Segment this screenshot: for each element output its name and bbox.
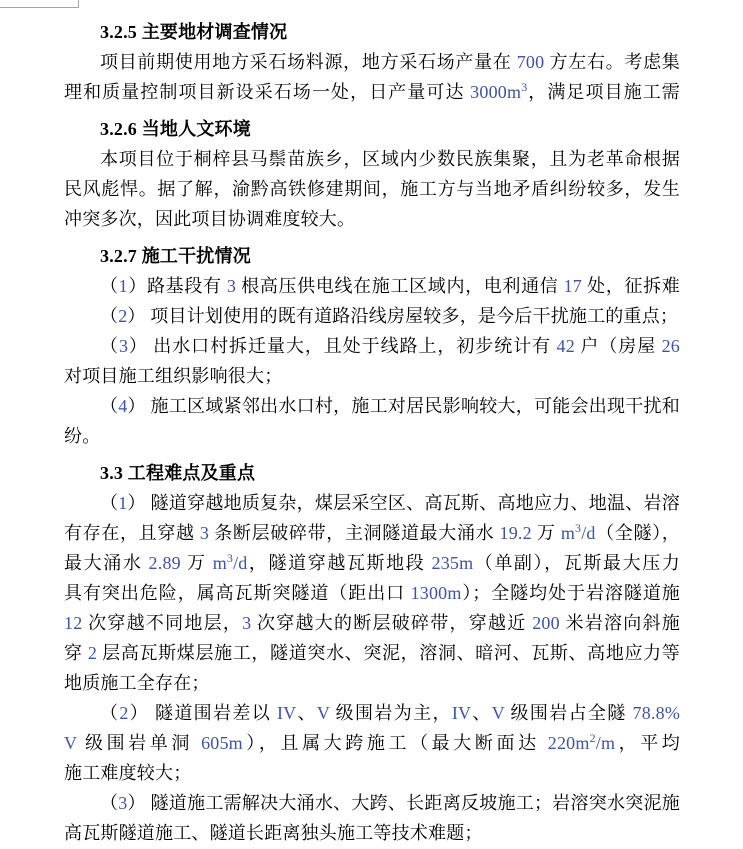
- latin-text-run: V: [317, 703, 330, 723]
- text-line: 本项目位于桐梓县马鬃苗族乡，区域内少数民族集聚，且为老革命根据地，: [64, 144, 680, 174]
- latin-text-run: 42: [557, 336, 575, 356]
- text-run: 级围岩占全隧: [505, 703, 633, 723]
- latin-text-run: 3.2.5: [100, 22, 137, 42]
- latin-text-run: 2: [119, 703, 128, 723]
- text-run: 地质施工全存在；: [64, 673, 210, 693]
- text-line: 有存在，且穿越 3 条断层破碎带，主洞隧道最大涌水 19.2 万 m3/d（全隧…: [64, 518, 680, 548]
- latin-text-run: 3: [242, 613, 251, 633]
- text-line: 项目前期使用地方采石场料源，地方采石场产量在 700 方左右。考虑集中管: [64, 47, 680, 77]
- latin-text-run: 3: [200, 523, 209, 543]
- text-line: （1）路基段有 3 根高压供电线在施工区域内，电利通信 17 处，征拆难度大；: [64, 271, 680, 301]
- clipped-table-corner-artifact: [0, 0, 79, 8]
- text-run: 穿: [64, 643, 88, 663]
- latin-text-run: 3000m: [470, 82, 521, 102]
- text-line: （2） 隧道围岩差以 IV、V 级围岩为主，IV、V 级围岩占全隧 78.8%（…: [64, 698, 680, 728]
- document-content: 3.2.5 主要地材调查情况项目前期使用地方采石场料源，地方采石场产量在 700…: [64, 10, 680, 848]
- text-line: 理和质量控制项目新设采石场一处，日产量可达 3000m3，满足项目施工需要。: [64, 77, 680, 107]
- document-page: 3.2.5 主要地材调查情况项目前期使用地方采石场料源，地方采石场产量在 700…: [0, 0, 743, 849]
- text-line: 对项目施工组织影响很大；: [64, 361, 680, 391]
- text-run: 施工干扰情况: [137, 246, 251, 266]
- latin-text-run: IV: [452, 703, 471, 723]
- text-run: （: [100, 306, 118, 326]
- text-line: （3） 出水口村拆迁量大，且处于线路上，初步统计有 42 户（房屋 26 栋），: [64, 331, 680, 361]
- text-run: （: [100, 396, 118, 416]
- latin-text-run: 3.3: [100, 463, 123, 483]
- text-line: 穿 2 层高瓦斯煤层施工，隧道突水、突泥，溶洞、暗河、瓦斯、高地应力等特殊: [64, 638, 680, 668]
- latin-text-run: 2.89: [149, 553, 181, 573]
- text-line: （3） 隧道施工需解决大涌水、大跨、长距离反坡施工；岩溶突水突泥施工、: [64, 788, 680, 818]
- text-run: （: [100, 336, 119, 356]
- latin-text-run: V: [64, 733, 77, 753]
- text-run: 冲突多次，因此项目协调难度较大。: [64, 209, 355, 229]
- text-run: ） 施工区域紧邻出水口村，施工对居民影响较大，可能会出现干扰和纠: [64, 396, 680, 421]
- text-run: 次穿越不同地层，: [82, 613, 242, 633]
- text-line: （4） 施工区域紧邻出水口村，施工对居民影响较大，可能会出现干扰和纠: [64, 391, 680, 421]
- latin-text-run: /d: [233, 553, 247, 573]
- text-run: 具有突出危险，属高瓦斯突隧道（距出口: [64, 583, 411, 603]
- text-line: 高瓦斯隧道施工、隧道长距离独头施工等技术难题；: [64, 818, 680, 848]
- text-run: 当地人文环境: [137, 119, 251, 139]
- latin-text-run: 220m: [548, 733, 590, 753]
- text-run: ）路基段有: [128, 276, 227, 296]
- latin-text-run: IV: [277, 703, 296, 723]
- text-line: （1） 隧道穿越地质复杂，煤层采空区、高瓦斯、高地应力、地温、岩溶均: [64, 488, 680, 518]
- text-run: （: [100, 703, 119, 723]
- text-run: 民风彪悍。据了解，渝黔高铁修建期间，施工方与当地矛盾纠纷较多，发生较大: [64, 179, 680, 204]
- section-heading: 3.3 工程难点及重点: [64, 458, 680, 488]
- text-run: 级围岩单洞: [77, 733, 201, 753]
- latin-text-run: 3: [227, 276, 236, 296]
- latin-text-run: 12: [64, 613, 82, 633]
- text-run: 、: [471, 703, 492, 723]
- text-run: 理和质量控制项目新设采石场一处，日产量可达: [64, 82, 470, 102]
- text-run: 施工难度较大；: [64, 763, 191, 783]
- text-line: 民风彪悍。据了解，渝黔高铁修建期间，施工方与当地矛盾纠纷较多，发生较大: [64, 174, 680, 204]
- latin-text-run: 3.2.6: [100, 119, 137, 139]
- latin-text-run: 3: [119, 336, 128, 356]
- text-run: 本项目位于桐梓县马鬃苗族乡，区域内少数民族集聚，且为老革命根据地，: [64, 149, 680, 174]
- latin-text-run: 235m: [432, 553, 474, 573]
- text-run: 、: [296, 703, 317, 723]
- text-run: 户（房屋: [575, 336, 662, 356]
- latin-text-run: /m: [596, 733, 615, 753]
- text-run: ） 隧道施工需解决大涌水、大跨、长距离反坡施工；岩溶突水突泥施工、: [64, 793, 680, 818]
- text-run: ） 隧道穿越地质复杂，煤层采空区、高瓦斯、高地应力、地温、岩溶均: [64, 493, 680, 518]
- text-run: 最大涌水: [64, 553, 149, 573]
- section-heading: 3.2.6 当地人文环境: [64, 114, 680, 144]
- latin-text-run: 605m: [201, 733, 243, 753]
- text-line: V 级围岩单洞 605m），且属大跨施工（最大断面达 220m2/m，平均 16…: [64, 728, 680, 758]
- latin-text-run: 200: [532, 613, 560, 633]
- text-run: 对项目施工组织影响很大；: [64, 366, 282, 386]
- text-run: 项目前期使用地方采石场料源，地方采石场产量在: [100, 52, 517, 72]
- text-line: 最大涌水 2.89 万 m3/d，隧道穿越瓦斯地段 235m（单副），瓦斯最大压…: [64, 548, 680, 578]
- text-run: （: [100, 793, 118, 813]
- text-run: ，隧道穿越瓦斯地段: [248, 553, 432, 573]
- text-line: 地质施工全存在；: [64, 668, 680, 698]
- text-run: ），且属大跨施工（最大断面达: [243, 733, 548, 753]
- text-line: 施工难度较大；: [64, 758, 680, 788]
- text-run: ） 项目计划使用的既有道路沿线房屋较多，是今后干扰施工的重点；: [127, 306, 678, 326]
- latin-text-run: 3.2.7: [100, 246, 137, 266]
- text-run: 条断层破碎带，主洞隧道最大涌水: [209, 523, 499, 543]
- text-run: 次穿越大的断层破碎带，穿越近: [251, 613, 532, 633]
- text-run: 主要地材调查情况: [137, 22, 287, 42]
- latin-text-run: 700: [517, 52, 545, 72]
- text-line: 具有突出危险，属高瓦斯突隧道（距出口 1300m）；全隧均处于岩溶隧道施工，: [64, 578, 680, 608]
- latin-text-run: 19.2: [500, 523, 532, 543]
- text-run: 万: [181, 553, 213, 573]
- latin-text-run: V: [492, 703, 505, 723]
- latin-text-run: 1: [119, 276, 128, 296]
- text-run: ） 隧道围岩差以: [129, 703, 277, 723]
- latin-text-run: m: [213, 553, 227, 573]
- text-run: ） 出水口村拆迁量大，且处于线路上，初步统计有: [128, 336, 556, 356]
- latin-text-run: 78.8%: [633, 703, 680, 723]
- text-run: 级围岩为主，: [330, 703, 452, 723]
- text-line: （2） 项目计划使用的既有道路沿线房屋较多，是今后干扰施工的重点；: [64, 301, 680, 331]
- latin-text-run: 26: [662, 336, 680, 356]
- text-line: 纷。: [64, 421, 680, 451]
- text-run: （: [100, 276, 119, 296]
- text-run: ，平均: [615, 733, 680, 753]
- latin-text-run: 2: [88, 643, 97, 663]
- latin-text-run: /d: [581, 523, 595, 543]
- text-run: 高瓦斯隧道施工、隧道长距离独头施工等技术难题；: [64, 823, 483, 843]
- text-run: 工程难点及重点: [123, 463, 255, 483]
- latin-text-run: m: [561, 523, 575, 543]
- text-run: 有存在，且穿越: [64, 523, 200, 543]
- section-heading: 3.2.5 主要地材调查情况: [64, 17, 680, 47]
- text-run: （: [100, 493, 118, 513]
- text-run: 万: [532, 523, 561, 543]
- section-heading: 3.2.7 施工干扰情况: [64, 241, 680, 271]
- text-line: 12 次穿越不同地层，3 次穿越大的断层破碎带，穿越近 200 米岩溶向斜施工，…: [64, 608, 680, 638]
- latin-text-run: 1300m: [411, 583, 462, 603]
- text-run: 层高瓦斯煤层施工，隧道突水、突泥，溶洞、暗河、瓦斯、高地应力等特殊: [64, 643, 680, 668]
- text-run: 纷。: [64, 426, 100, 446]
- text-line: 冲突多次，因此项目协调难度较大。: [64, 204, 680, 234]
- text-run: 根高压供电线在施工区域内，电利通信: [236, 276, 564, 296]
- latin-text-run: 17: [564, 276, 582, 296]
- text-run: （单副），瓦斯最大压力: [473, 553, 680, 573]
